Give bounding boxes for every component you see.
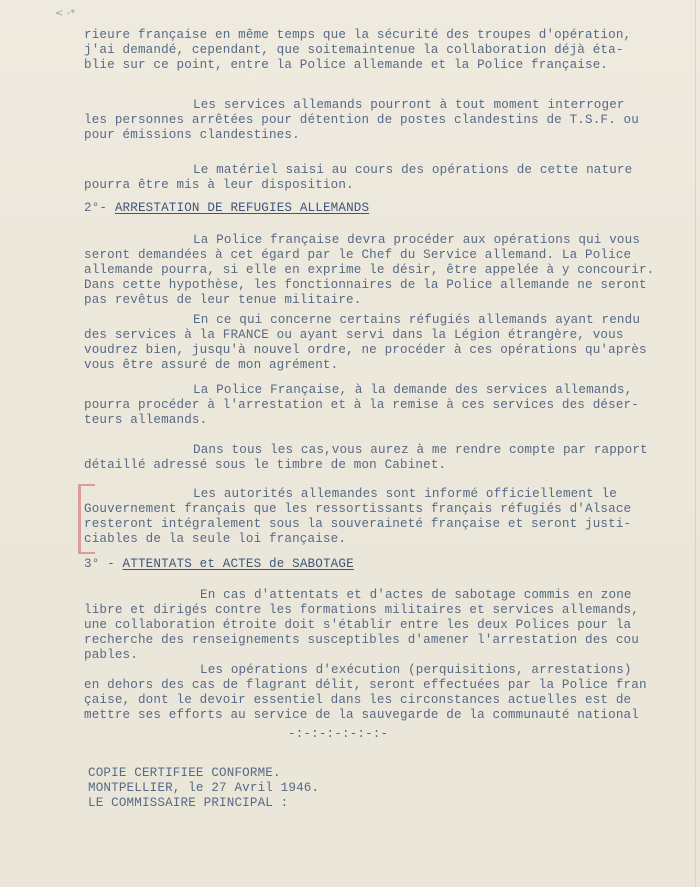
text-line: Les autorités allemandes sont informé of… [193, 487, 617, 502]
text-line: MONTPELLIER, le 27 Avril 1946. [88, 781, 319, 796]
section-number: 3° - [84, 557, 123, 571]
text-line: En ce qui concerne certains réfugiés all… [193, 313, 640, 328]
page-edge [695, 0, 696, 887]
text-line: vous être assuré de mon agrément. [84, 358, 338, 373]
text-line: Dans cette hypothèse, les fonctionnaires… [84, 278, 647, 293]
text-line: voudrez bien, jusqu'à nouvel ordre, ne p… [84, 343, 647, 358]
text-line: recherche des renseignements susceptible… [84, 633, 639, 648]
section-title: ARRESTATION DE REFUGIES ALLEMANDS [115, 201, 369, 215]
document-page: < -* rieure française en même temps que … [0, 0, 700, 887]
text-line: en dehors des cas de flagrant délit, ser… [84, 678, 647, 693]
text-line: pables. [84, 648, 138, 663]
text-line: pourra être mis à leur disposition. [84, 178, 354, 193]
text-line: une collaboration étroite doit s'établir… [84, 618, 631, 633]
text-line: allemande pourra, si elle en exprime le … [84, 263, 654, 278]
section-number: 2°- [84, 201, 115, 215]
text-line: resteront intégralement sous la souverai… [84, 517, 631, 532]
text-line: çaise, dont le devoir essentiel dans les… [84, 693, 631, 708]
text-line: détaillé adressé sous le timbre de mon C… [84, 458, 446, 473]
text-line: blie sur ce point, entre la Police allem… [84, 58, 608, 73]
text-line: teurs allemands. [84, 413, 207, 428]
text-line: En cas d'attentats et d'actes de sabotag… [200, 588, 632, 603]
text-line: La Police Française, à la demande des se… [193, 383, 632, 398]
section-heading: 2°- ARRESTATION DE REFUGIES ALLEMANDS [84, 201, 369, 216]
text-line: Le matériel saisi au cours des opération… [193, 163, 632, 178]
text-line: les personnes arrêtées pour détention de… [84, 113, 639, 128]
text-line: Gouvernement français que les ressortiss… [84, 502, 631, 517]
text-line: j'ai demandé, cependant, que soitemainte… [84, 43, 624, 58]
text-line: Les services allemands pourront à tout m… [193, 98, 625, 113]
section-heading: 3° - ATTENTATS et ACTES de SABOTAGE [84, 557, 354, 572]
text-line: Les opérations d'exécution (perquisition… [200, 663, 632, 678]
text-line: libre et dirigés contre les formations m… [84, 603, 639, 618]
text-line: La Police française devra procéder aux o… [193, 233, 640, 248]
text-line: pour émissions clandestines. [84, 128, 300, 143]
text-line: pourra procéder à l'arrestation et à la … [84, 398, 639, 413]
text-line: rieure française en même temps que la sé… [84, 28, 631, 43]
text-line: COPIE CERTIFIEE CONFORME. [88, 766, 281, 781]
text-line: mettre ses efforts au service de la sauv… [84, 708, 639, 723]
text-line: -:-:-:-:-:-:- [288, 727, 388, 742]
text-line: pas revêtus de leur tenue militaire. [84, 293, 361, 308]
text-line: LE COMMISSAIRE PRINCIPAL : [88, 796, 288, 811]
corner-marks: < -* [55, 8, 75, 19]
text-line: des services à la FRANCE ou ayant servi … [84, 328, 624, 343]
text-line: Dans tous les cas,vous aurez à me rendre… [193, 443, 648, 458]
section-title: ATTENTATS et ACTES de SABOTAGE [123, 557, 354, 571]
text-line: ciables de la seule loi française. [84, 532, 346, 547]
text-line: seront demandées à cet égard par le Chef… [84, 248, 631, 263]
